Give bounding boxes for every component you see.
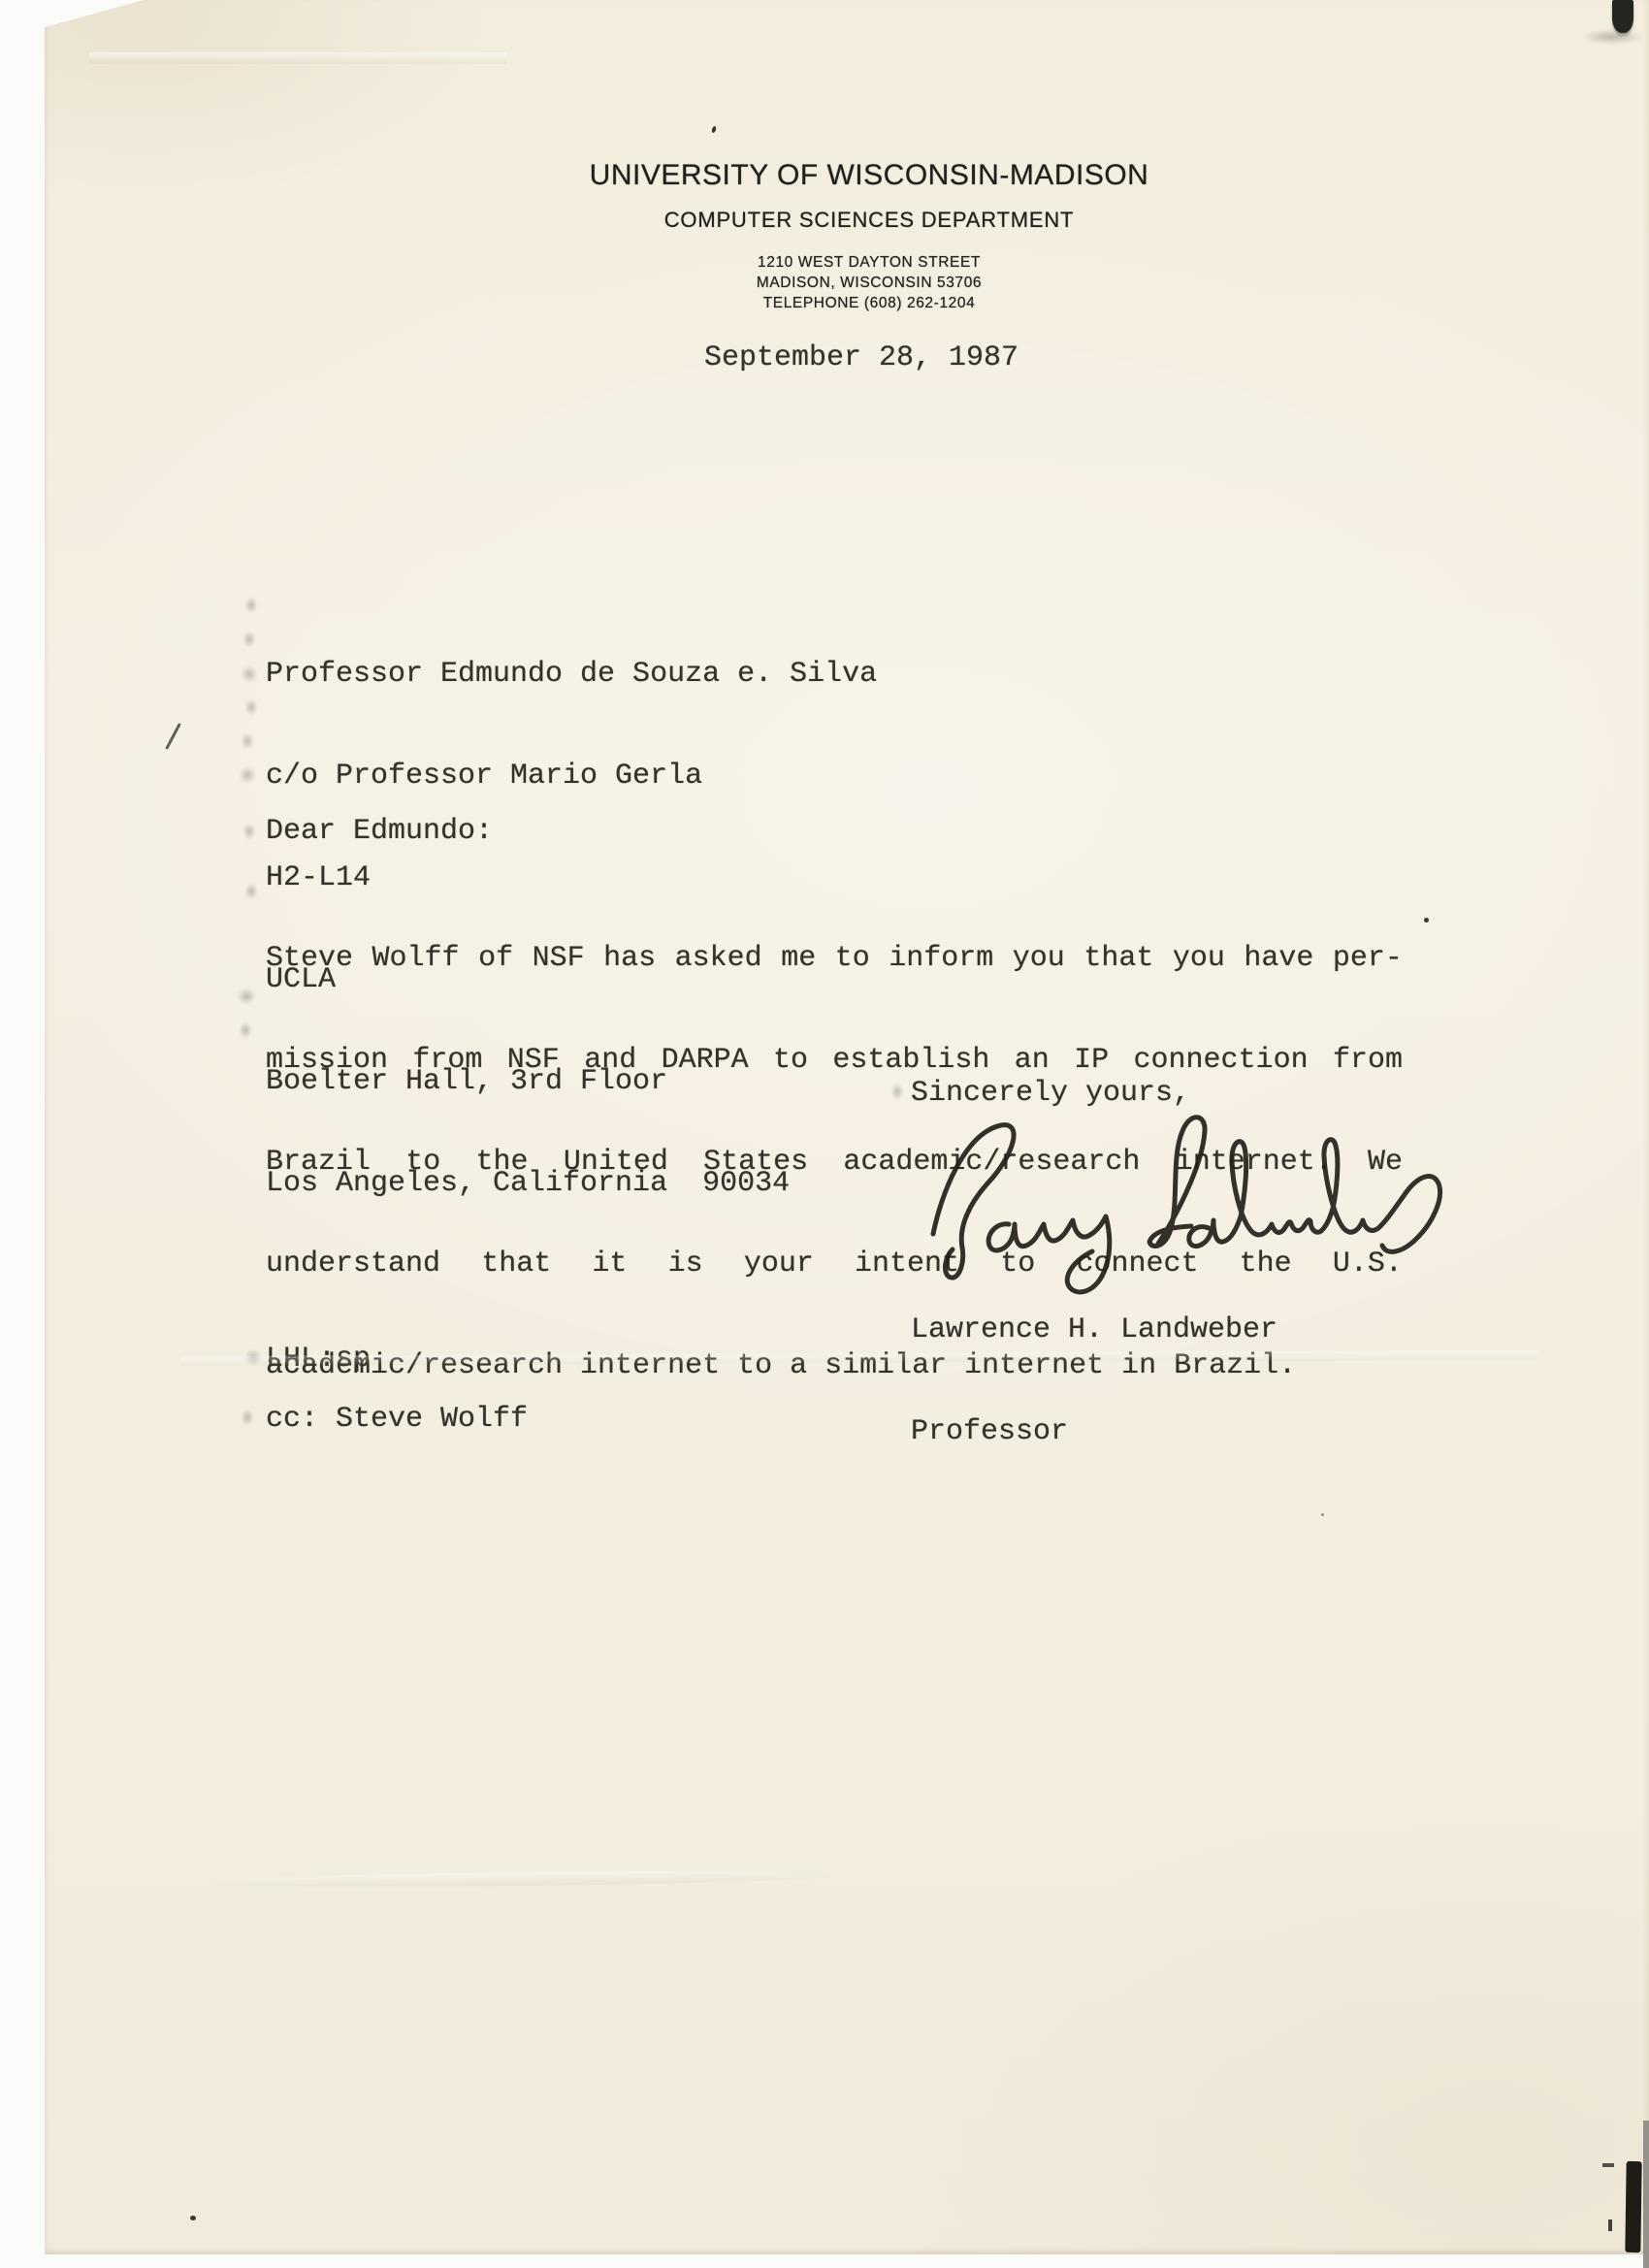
scanned-letter: UNIVERSITY OF WISCONSIN-MADISON COMPUTER… [0,0,1649,2268]
closing-name-block: Lawrence H. Landweber Professor [911,1246,1277,1517]
scan-smudge [239,1021,252,1039]
closing-title: Professor [911,1415,1277,1449]
scan-artifact-bottom-right [1625,2161,1641,2252]
cc-line: cc: Steve Wolff [266,1403,528,1437]
scan-smudge [244,1348,262,1366]
scan-smudge [241,665,258,683]
scan-artifact-tick [1608,2219,1612,2231]
letterhead-department-name: COMPUTER SCIENCES DEPARTMENT [559,208,1180,233]
scan-smudge [242,631,256,648]
scanner-edge-shadow [1643,2121,1649,2268]
letterhead-address-block: 1210 WEST DAYTON STREET MADISON, WISCONS… [559,252,1180,313]
scan-smudge [244,597,258,614]
pen-tick-mark [165,723,181,750]
scan-artifact-top-right [1612,0,1633,33]
typist-initials: LHL:sp [266,1343,371,1377]
letter-date: September 28, 1987 [704,341,1018,375]
scan-smudge [239,766,256,784]
letterhead-telephone: TELEPHONE (608) 262-1204 [559,293,1180,313]
body-line: missionfromNSFandDARPAtoestablishanIPcon… [266,1044,1403,1078]
closing-typed-name: Lawrence H. Landweber [911,1313,1277,1347]
scan-smudge [241,732,254,750]
recipient-line: Professor Edmundo de Souza e. Silva [266,658,877,692]
scan-smudge [244,883,258,900]
scan-smudge [890,1083,904,1100]
paper-sheet: UNIVERSITY OF WISCONSIN-MADISON COMPUTER… [45,0,1649,2254]
scan-smudge [242,823,256,840]
ink-speck [711,126,717,134]
scan-smear [1581,29,1643,45]
scan-smudge [241,1409,254,1426]
paper-crease [210,1869,830,1890]
paper-crease [89,52,506,64]
ink-speck [1424,918,1429,923]
ink-speck [190,2216,196,2220]
letterhead-university-name: UNIVERSITY OF WISCONSIN-MADISON [559,159,1180,192]
salutation: Dear Edmundo: [266,815,493,849]
body-line: SteveWolffofNSFhasaskedmetoinformyouthat… [266,942,1403,976]
recipient-line: c/o Professor Mario Gerla [266,760,877,794]
letterhead-city: MADISON, WISCONSIN 53706 [559,273,1180,293]
letterhead-street: 1210 WEST DAYTON STREET [559,252,1180,273]
scan-smudge [244,698,258,716]
letterhead: UNIVERSITY OF WISCONSIN-MADISON COMPUTER… [559,159,1180,313]
scan-artifact-dash [1602,2163,1614,2167]
scan-smudge [237,988,256,1005]
ink-speck [1321,1513,1324,1516]
